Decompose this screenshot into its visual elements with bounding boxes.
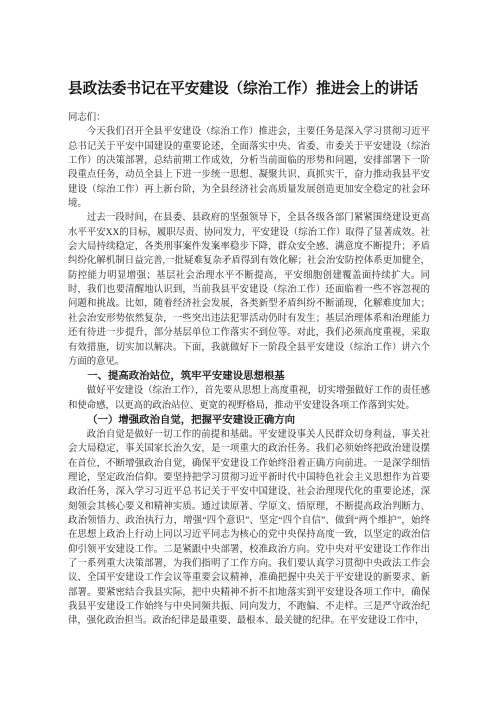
paragraph-political-awareness: 政治自觉是做好一切工作的前提和基础。平安建设事关人民群众切身利益，事关社会大局稳… bbox=[68, 428, 430, 629]
paragraph-mindset: 做好平安建设（综治工作），首先要从思想上高度重视，切实增强做好工作的责任感和使命… bbox=[68, 384, 430, 413]
document-body: 同志们： 今天我们召开全县平安建设（综治工作）推进会，主要任务是深入学习贯彻习近… bbox=[68, 111, 430, 629]
document-content: 县政法委书记在平安建设（综治工作）推进会上的讲话 同志们： 今天我们召开全县平安… bbox=[68, 76, 430, 629]
section-heading-1: 一、提高政治站位，筑牢平安建设思想根基 bbox=[68, 369, 430, 384]
salutation: 同志们： bbox=[68, 111, 430, 125]
paragraph-intro: 今天我们召开全县平安建设（综治工作）推进会，主要任务是深入学习贯彻习近平总书记关… bbox=[68, 125, 430, 211]
subsection-heading-1-1: （一）增强政治自觉，把握平安建设正确方向 bbox=[68, 413, 430, 428]
document-title: 县政法委书记在平安建设（综治工作）推进会上的讲话 bbox=[68, 76, 430, 103]
document-page: 县政法委书记在平安建设（综治工作）推进会上的讲话 同志们： 今天我们召开全县平安… bbox=[0, 0, 500, 707]
paragraph-review: 过去一段时间，在县委、县政府的坚强领导下，全县各级各部门紧紧围绕建设更高水平平安… bbox=[68, 211, 430, 369]
